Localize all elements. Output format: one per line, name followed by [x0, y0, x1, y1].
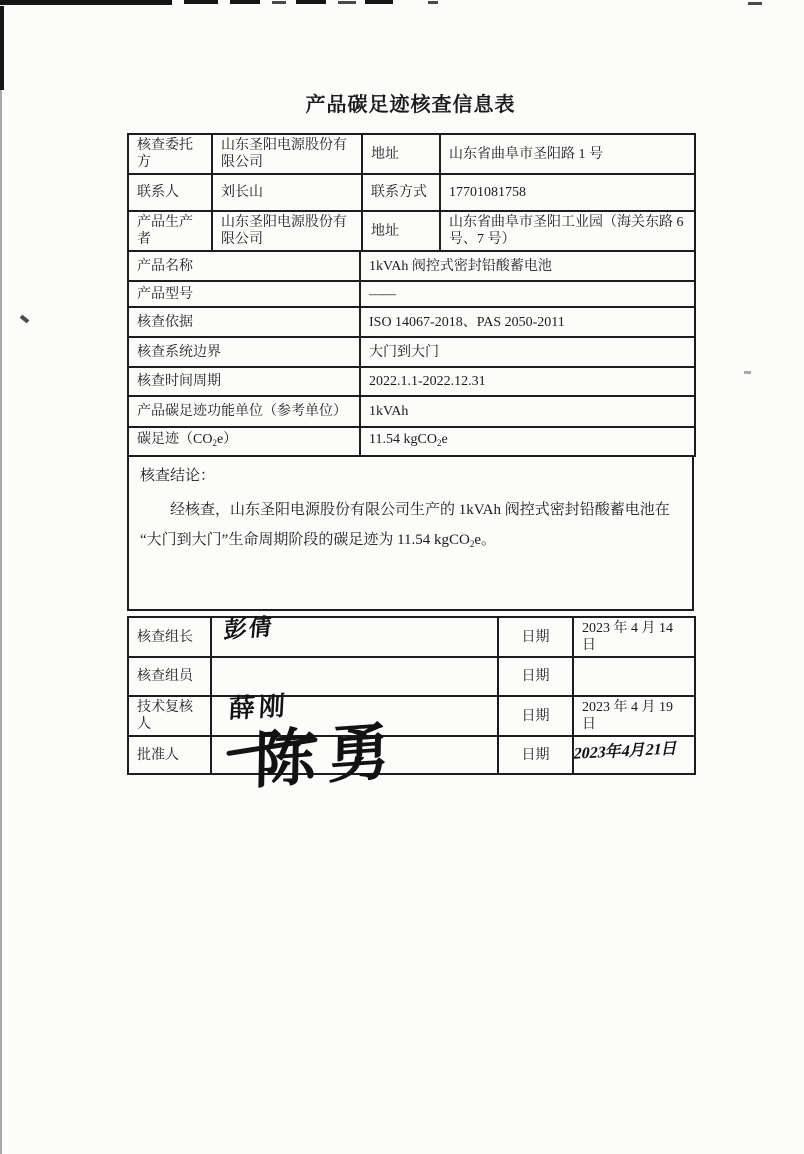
functional-unit-value: 1kVAh: [360, 396, 695, 427]
table-row: 核查依据 ISO 14067-2018、PAS 2050-2011: [128, 307, 695, 337]
product-model-label: 产品型号: [128, 281, 360, 307]
approver-label: 批准人: [128, 736, 211, 774]
table-row: 核查时间周期 2022.1.1-2022.12.31: [128, 367, 695, 396]
team-member-date: [573, 657, 695, 696]
time-period-label: 核查时间周期: [128, 367, 360, 396]
functional-unit-label: 产品碳足迹功能单位（参考单位）: [128, 396, 360, 427]
conclusion-box: 核查结论： 经核查，山东圣阳电源股份有限公司生产的 1kVAh 阀控式密封铅酸蓄…: [127, 457, 694, 611]
contact-method-value: 17701081758: [440, 174, 695, 211]
table-row: 核查组长 日期 2023 年 4 月 14 日: [128, 617, 695, 657]
table-row: 核查组员 日期: [128, 657, 695, 696]
table-row: 核查委托方 山东圣阳电源股份有限公司 地址 山东省曲阜市圣阳路 1 号: [128, 134, 695, 174]
scan-artifact-top-dash: [748, 2, 762, 5]
table-row: 产品碳足迹功能单位（参考单位） 1kVAh: [128, 396, 695, 427]
conclusion-body: 经核查，山东圣阳电源股份有限公司生产的 1kVAh 阀控式密封铅酸蓄电池在“大门…: [140, 495, 681, 559]
producer-address-value: 山东省曲阜市圣阳工业园（海关东路 6 号、7 号）: [440, 211, 695, 251]
scan-artifact-left-line: [0, 6, 4, 90]
scan-artifact-speck: [744, 371, 751, 374]
contact-method-label: 联系方式: [362, 174, 440, 211]
verification-basis-value: ISO 14067-2018、PAS 2050-2011: [360, 307, 695, 337]
date-label: 日期: [498, 617, 573, 657]
scan-artifact-left-edge: [0, 90, 2, 1154]
client-label: 核查委托方: [128, 134, 212, 174]
table-row: 核查系统边界 大门到大门: [128, 337, 695, 367]
technical-reviewer-date: 2023 年 4 月 19 日: [573, 696, 695, 736]
carbon-label-text: e）: [217, 432, 237, 447]
conclusion-text: 经核查，山东圣阳电源股份有限公司生产的 1kVAh 阀控式密封铅酸蓄电池在“大门…: [140, 502, 670, 548]
scan-artifact-top-dash: [296, 0, 326, 4]
parties-table: 核查委托方 山东圣阳电源股份有限公司 地址 山东省曲阜市圣阳路 1 号 联系人 …: [127, 133, 696, 252]
date-label: 日期: [498, 736, 573, 774]
table-row: 产品型号 ——: [128, 281, 695, 307]
table-row: 碳足迹（CO2e） 11.54 kgCO2e: [128, 427, 695, 456]
contact-label: 联系人: [128, 174, 212, 211]
date-label: 日期: [498, 657, 573, 696]
scan-artifact-top-dash: [365, 0, 393, 4]
client-address-value: 山东省曲阜市圣阳路 1 号: [440, 134, 695, 174]
system-boundary-value: 大门到大门: [360, 337, 695, 367]
system-boundary-label: 核查系统边界: [128, 337, 360, 367]
carbon-footprint-value: 11.54 kgCO2e: [360, 427, 695, 456]
scan-artifact-top-dash: [428, 1, 438, 4]
producer-value: 山东圣阳电源股份有限公司: [212, 211, 362, 251]
time-period-value: 2022.1.1-2022.12.31: [360, 367, 695, 396]
page-title: 产品碳足迹核查信息表: [127, 88, 694, 117]
scan-artifact-top-dash: [184, 0, 218, 4]
conclusion-heading: 核查结论：: [140, 464, 681, 485]
carbon-label-text: 碳足迹（CO: [137, 432, 212, 447]
details-table: 产品名称 1kVAh 阀控式密封铅酸蓄电池 产品型号 —— 核查依据 ISO 1…: [127, 252, 696, 457]
table-row: 产品生产者 山东圣阳电源股份有限公司 地址 山东省曲阜市圣阳工业园（海关东路 6…: [128, 211, 695, 251]
scan-artifact-speck: [20, 315, 30, 324]
scan-artifact-top-dash: [272, 1, 286, 4]
verification-basis-label: 核查依据: [128, 307, 360, 337]
contact-value: 刘长山: [212, 174, 362, 211]
technical-reviewer-label: 技术复核人: [128, 696, 211, 736]
client-address-label: 地址: [362, 134, 440, 174]
conclusion-text: e。: [474, 532, 496, 548]
table-row: 产品名称 1kVAh 阀控式密封铅酸蓄电池: [128, 252, 695, 281]
table-row: 联系人 刘长山 联系方式 17701081758: [128, 174, 695, 211]
scan-artifact-top-dash: [230, 0, 260, 4]
product-name-label: 产品名称: [128, 252, 360, 281]
approver-signature: 陈勇: [253, 701, 402, 801]
scanned-document-page: 产品碳足迹核查信息表 核查委托方 山东圣阳电源股份有限公司 地址 山东省曲阜市圣…: [0, 0, 804, 1154]
carbon-footprint-label: 碳足迹（CO2e）: [128, 427, 360, 456]
scan-artifact-top-bar: [0, 0, 172, 5]
team-leader-date: 2023 年 4 月 14 日: [573, 617, 695, 657]
scan-artifact-top-dash: [338, 1, 356, 4]
team-member-label: 核查组员: [128, 657, 211, 696]
team-leader-label: 核查组长: [128, 617, 211, 657]
client-value: 山东圣阳电源股份有限公司: [212, 134, 362, 174]
producer-address-label: 地址: [362, 211, 440, 251]
carbon-value-text: 11.54 kgCO: [369, 432, 437, 447]
carbon-value-text: e: [441, 432, 447, 447]
date-label: 日期: [498, 696, 573, 736]
carbon-footprint-form: 核查委托方 山东圣阳电源股份有限公司 地址 山东省曲阜市圣阳路 1 号 联系人 …: [127, 133, 694, 775]
product-name-value: 1kVAh 阀控式密封铅酸蓄电池: [360, 252, 695, 281]
product-model-value: ——: [360, 281, 695, 307]
producer-label: 产品生产者: [128, 211, 212, 251]
table-row: 技术复核人 日期 2023 年 4 月 19 日: [128, 696, 695, 736]
team-leader-signature: 彭倩: [223, 608, 276, 645]
